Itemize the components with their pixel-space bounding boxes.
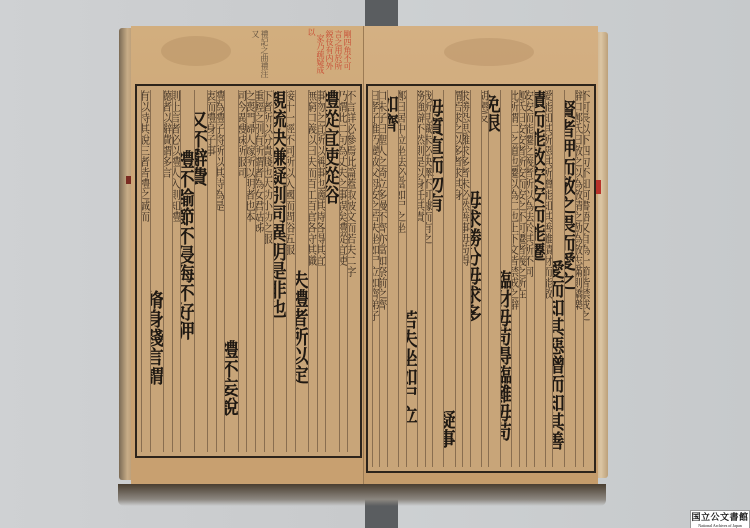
text-column: 辭口鄭氏曰敬之以為敬精之勤為敬志滿則驕樂 <box>575 90 582 467</box>
right-text-frame: 不可長以下四句不知何書語又自為一節皆禁戒之 辭口鄭氏曰敬之以為敬精之勤為敬志滿則… <box>366 84 596 473</box>
text-column: 下者所以分貴賤也大功小功之服 <box>264 90 273 452</box>
text-column: 乃謂此二句為丈夫之事誤矣禮從宜使 <box>339 90 348 452</box>
text-column: 同今異嫂妹所服同 <box>238 90 247 452</box>
text-column: 此所謂仁之道也遷以為仁也上下文皆禁戒之辭 <box>511 90 518 467</box>
main-text-column: 愛而知其惡憎而知其善 <box>552 90 563 467</box>
text-column: 鄭曰居中位坐法必當如尸之坐 <box>398 90 405 467</box>
text-column: 我所見識未必決擇不可據而有之 <box>425 90 432 467</box>
national-archives-watermark: 国立公文書館 National Archives of Japan <box>690 510 750 528</box>
main-text-column: 若夫坐如尸立 <box>406 90 417 467</box>
top-margin-red-note: 剛四角不可 <box>343 30 352 80</box>
main-text-column: 賢者狎而敬之畏而愛之 <box>564 90 575 467</box>
main-text-column: 毋求勝分毋求多 <box>470 90 481 467</box>
text-column: 有以持其說三者皆禮之誠而 <box>141 90 150 452</box>
left-page: 禮記之曲禮注又 剛四角不可 言之用於所 鋭伎有内外 家乃疏疑成 以 不言詳必參焉… <box>131 26 366 484</box>
main-text-column: 禮從宜使從俗 <box>325 90 338 452</box>
text-column: 事物之宜所以稱事也適其時各得其宜 <box>317 90 326 452</box>
paper-stain <box>161 36 231 66</box>
text-column: 衷而禮身子事 <box>207 90 216 452</box>
main-text-column: 禮不妄說 <box>224 90 237 452</box>
main-text-column: 夫禮者所以定 <box>295 90 308 452</box>
left-text-columns: 不言詳必參焉此篇蓋取彼文而若夫二字 乃謂此二句為丈夫之事誤矣禮從宜使 禮從宜使從… <box>141 90 356 452</box>
text-column: 接十一經不同所以入國而問俗五服 <box>286 90 295 452</box>
text-column: 無窮口義以曰夫而百工百官各守其職 <box>308 90 317 452</box>
text-column: 求勝恐思難求多者未必然善事毋苟得 <box>462 90 469 467</box>
book-bottom-shadow <box>118 484 606 506</box>
right-text-columns: 不可長以下四句不知何書語又自為一節皆禁戒之 辭口鄭氏曰敬之以為敬精之勤為敬志滿則… <box>372 90 590 467</box>
top-margin-red-note: 鋭伎有内外 <box>325 30 334 80</box>
text-column: 之喪門婦人嫁所以明者也本 <box>246 90 255 452</box>
watermark-japanese: 国立公文書館 <box>691 513 748 523</box>
text-column: 不言詳必參焉此篇蓋取彼文而若夫二字 <box>347 90 356 452</box>
main-text-column: 又不辭費 <box>194 90 207 452</box>
text-column: 聽者以辭費謂多言 <box>163 90 172 452</box>
main-text-column: 親疏決嫌疑別同異明是非也 <box>273 90 286 452</box>
main-text-column: 積而能散安安而能遷 <box>534 90 545 467</box>
text-column: 不可長以下四句不知何書語又自為一節皆禁戒之 <box>583 90 590 467</box>
text-column: 安安而能遷之義者所以為法於其所不同 <box>526 90 533 467</box>
text-column: 胡懇反 <box>481 90 488 467</box>
watermark-english: National Archives of Japan <box>698 523 741 528</box>
main-text-column: 免很 <box>488 90 499 467</box>
text-column: 謂若求之以多者求其身 <box>455 90 462 467</box>
text-column: 鄭氏曰安安者所安而安之不可遷者義之所在 <box>519 90 526 467</box>
red-page-tab <box>126 176 131 184</box>
top-margin-red-note: 言之用於所 <box>334 30 343 80</box>
text-column: 愛能知其所惡其所憎能知其善雖積財而能散 <box>545 90 552 467</box>
red-page-tab <box>596 180 601 194</box>
text-column: 務強辯不然則是以身任其責 <box>417 90 424 467</box>
top-margin-red-note: 家乃疏疑成 <box>316 34 325 84</box>
text-column: 口朱子曰聖人之倚立多慢不齊亦當如祭前之齊 <box>379 90 386 467</box>
top-margin-ink-note: 禮記之曲禮注又 <box>251 30 269 80</box>
main-text-column: 如齊 <box>387 90 398 467</box>
main-text-column: 疑事 <box>443 90 454 467</box>
main-text-column: 禮不踰節不侵侮不好狎 <box>180 90 193 452</box>
left-text-frame: 不言詳必參焉此篇蓋取彼文而若夫二字 乃謂此二句為丈夫之事誤矣禮從宜使 禮從宜使從… <box>135 84 362 458</box>
text-column: 禮為禮子将所以其侍為是 <box>216 90 225 452</box>
paper-stain <box>444 38 534 66</box>
main-text-column: 毋質直而勿有 <box>432 90 443 467</box>
main-text-column: 脩身踐言謂 <box>150 90 163 452</box>
text-column: 則止言者必以禮人入則知禮 <box>172 90 181 452</box>
text-column: 曰孝子惟巧變故父母安之若夫坐如尸立如齊弟子 <box>372 90 379 467</box>
text-column: 重輕之別有所謂者為女君姑姊 <box>255 90 264 452</box>
top-margin-red-note: 以 <box>307 28 316 40</box>
main-text-column: 臨財毋苟得臨難毋苟 <box>500 90 511 467</box>
right-page: 不可長以下四句不知何書語又自為一節皆禁戒之 辭口鄭氏曰敬之以為敬精之勤為敬志滿則… <box>364 26 598 484</box>
